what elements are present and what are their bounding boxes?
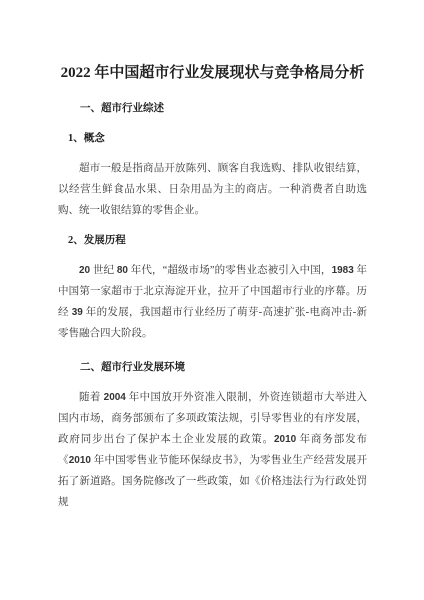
subsection-heading-history: 2、发展历程 <box>58 230 367 251</box>
paragraph-concept: 超市一般是指商品开放陈列、顾客自我选购、排队收银结算，以经营生鲜食品水果、日杂用… <box>58 158 367 221</box>
paragraph-environment: 随着 2004 年中国放开外资准入限制，外资连锁超市大举进入国内市场，商务部颁布… <box>58 387 367 513</box>
paragraph-history: 20 世纪 80 年代，“超级市场”的零售业态被引入中国，1983 年中国第一家… <box>58 260 367 344</box>
subsection-heading-concept: 1、概念 <box>58 128 367 149</box>
section-heading-environment: 二、超市行业发展环境 <box>58 357 367 378</box>
section-heading-overview: 一、超市行业综述 <box>58 98 367 119</box>
document-content: 2022 年中国超市行业发展现状与竞争格局分析 一、超市行业综述 1、概念 超市… <box>0 0 424 513</box>
document-title: 2022 年中国超市行业发展现状与竞争格局分析 <box>58 62 367 85</box>
document-page: 2022 年中国超市行业发展现状与竞争格局分析 一、超市行业综述 1、概念 超市… <box>0 0 424 600</box>
